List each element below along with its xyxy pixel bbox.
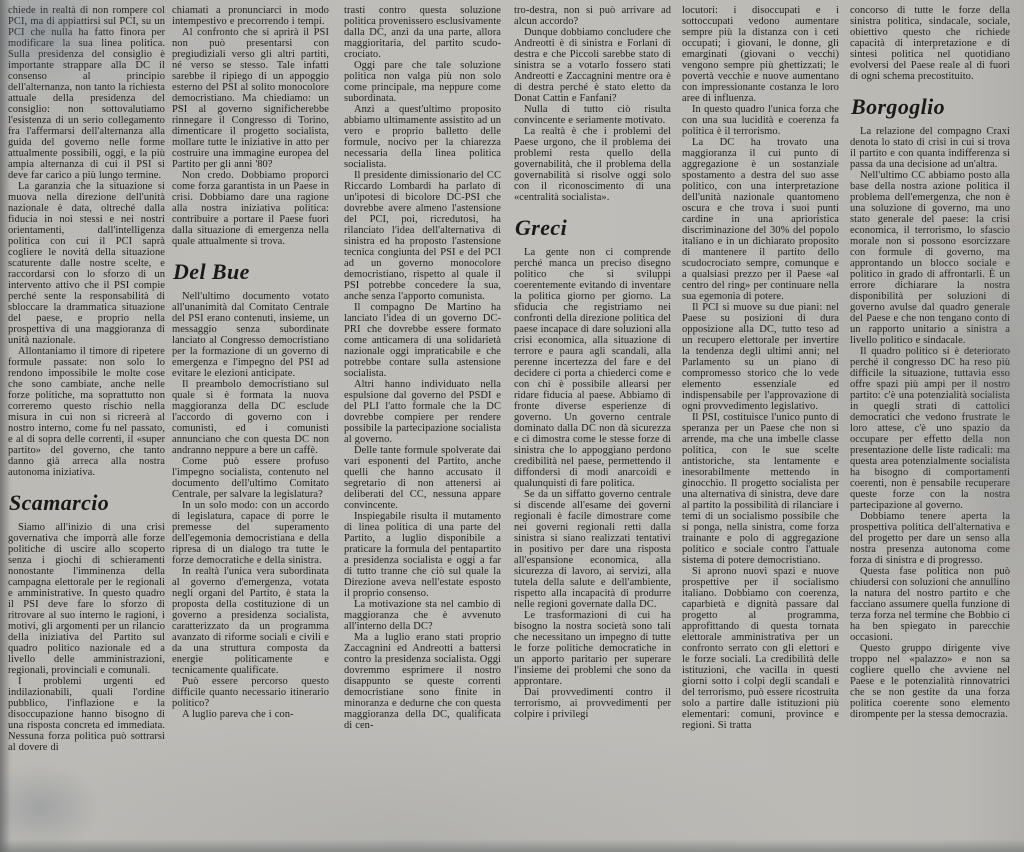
article-paragraph: Inspiegabile risulta il mutamento di lin… [344, 511, 501, 599]
article-paragraph: La relazione del compagno Craxi denota l… [850, 126, 1010, 170]
article-paragraph: Si aprono nuovi spazi e nuove prospettiv… [682, 566, 839, 731]
article-paragraph: Il preambolo democristiano sul quale si … [172, 379, 329, 456]
article-paragraph: Se da un siffatto governo centrale si di… [514, 489, 671, 610]
article-paragraph: Altri hanno individuato nella espulsione… [344, 379, 501, 445]
article-paragraph: La garanzia che la situazione si muova n… [8, 181, 165, 346]
article-paragraph: Il compagno De Martino ha lanciato l'ide… [344, 302, 501, 379]
article-paragraph: In un solo modo: con un accordo di legis… [172, 500, 329, 566]
news-column-1: chiede in realtà di non rompere col PCI,… [8, 0, 165, 852]
article-paragraph: La gente non ci comprende perché manca u… [514, 247, 671, 489]
article-paragraph: Delle tante formule spolverate dai vari … [344, 445, 501, 511]
article-paragraph: Il PSI, costituisce l'unico punto di spe… [682, 412, 839, 566]
section-heading-del-bue: Del Bue [173, 260, 329, 284]
article-paragraph: Siamo all'inizio di una crisi governativ… [8, 522, 165, 676]
article-paragraph: concorso di tutte le forze della sinistr… [850, 5, 1010, 82]
article-paragraph: Può essere percorso questo difficile qua… [172, 676, 329, 709]
article-paragraph: A luglio pareva che i con- [172, 709, 329, 720]
news-column-6: concorso di tutte le forze della sinistr… [850, 0, 1010, 852]
newspaper-page: chiede in realtà di non rompere col PCI,… [0, 0, 1024, 852]
section-heading-greci: Greci [515, 216, 671, 240]
article-paragraph: Il presidente dimissionario del CC Ricca… [344, 170, 501, 302]
article-paragraph: Il PCI si muove su due piani: nel Paese … [682, 302, 839, 412]
article-paragraph: Al confronto che si aprirà il PSI non pu… [172, 27, 329, 170]
article-paragraph: Il quadro politico si è deteriorato perc… [850, 346, 1010, 511]
article-paragraph: Le trasformazioni di cui ha bisogno la n… [514, 610, 671, 687]
article-paragraph: Come può essere profuso l'impegno social… [172, 456, 329, 500]
article-paragraph: In questo quadro l'unica forza che con u… [682, 104, 839, 137]
article-paragraph: tro-destra, non si può arrivare ad alcun… [514, 5, 671, 27]
section-heading-scamarcio: Scamarcio [9, 491, 165, 515]
news-column-3: trasti contro questa soluzione politica … [344, 0, 501, 852]
news-column-4: tro-destra, non si può arrivare ad alcun… [514, 0, 671, 852]
article-paragraph: Dobbiamo tenere aperta la prospettiva po… [850, 511, 1010, 566]
article-paragraph: Dai provvedimenti contro il terrorismo, … [514, 687, 671, 720]
news-column-5: locutori: i disoccupati e i sottoccupati… [682, 0, 839, 852]
article-paragraph: chiamati a pronunciarci in modo intempes… [172, 5, 329, 27]
article-paragraph: trasti contro questa soluzione politica … [344, 5, 501, 60]
article-paragraph: La motivazione sta nel cambio di maggior… [344, 599, 501, 632]
article-paragraph: La DC ha trovato una maggioranza il cui … [682, 137, 839, 302]
article-paragraph: Allontaniamo il timore di ripetere formu… [8, 346, 165, 478]
article-paragraph: Questa fase politica non può chiudersi c… [850, 566, 1010, 643]
article-paragraph: chiede in realtà di non rompere col PCI,… [8, 5, 165, 181]
article-paragraph: Ma a luglio erano stati proprio Zaccagni… [344, 632, 501, 731]
article-paragraph: I problemi urgenti ed indilazionabili, q… [8, 676, 165, 753]
news-column-2: chiamati a pronunciarci in modo intempes… [172, 0, 329, 852]
article-paragraph: La realtà è che i problemi del Paese urg… [514, 126, 671, 203]
article-paragraph: Non credo. Dobbiamo proporci come forza … [172, 170, 329, 247]
article-paragraph: Nell'ultimo documento votato all'unanimi… [172, 291, 329, 379]
article-paragraph: In realtà l'unica vera subordinata al go… [172, 566, 329, 676]
article-paragraph: Questo gruppo dirigente vive troppo nel … [850, 643, 1010, 720]
article-paragraph: Nell'ultimo CC abbiamo posto alla base d… [850, 170, 1010, 346]
article-paragraph: Anzi a quest'ultimo proposito abbiamo ul… [344, 104, 501, 170]
article-paragraph: Oggi pare che tale soluzione politica no… [344, 60, 501, 104]
article-paragraph: Dunque dobbiamo concludere che Andreotti… [514, 27, 671, 104]
article-paragraph: locutori: i disoccupati e i sottoccupati… [682, 5, 839, 104]
section-heading-borgoglio: Borgoglio [851, 95, 1010, 119]
article-paragraph: Nulla di tutto ciò risulta convincente e… [514, 104, 671, 126]
